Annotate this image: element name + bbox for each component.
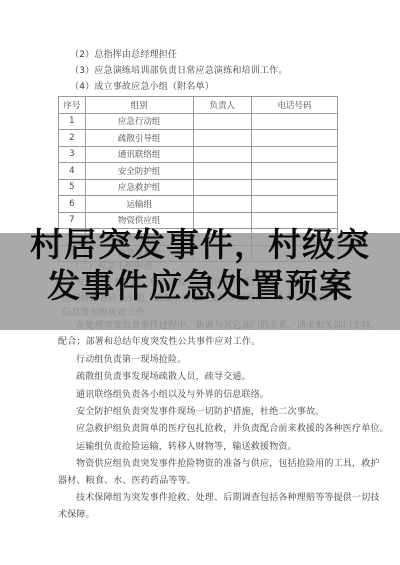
- table-row: 4 安全防护组: [59, 163, 338, 180]
- doc-line: （3）应急演练培训部负责日常应急演练和培训工作。: [70, 66, 288, 77]
- doc-line: （2）总指挥由总经理担任: [70, 50, 177, 61]
- cell-no: 3: [59, 146, 86, 163]
- table-row: 5 应急救护组: [59, 179, 338, 196]
- cell-no: 6: [59, 196, 86, 213]
- doc-line: 通讯联络组负责各小组以及与外界的信息联络。: [76, 390, 269, 401]
- doc-line: 物资供应组负责突发事件抢险物资的准备与供应，包括抢险用的工具，救护: [76, 459, 380, 470]
- cell-group: 应急行动组: [85, 113, 193, 130]
- table-row: 2 疏散引导组: [59, 130, 338, 147]
- cell-group: 应急救护组: [85, 179, 193, 196]
- cell-no: 2: [59, 130, 86, 147]
- cell-phone: [251, 130, 337, 147]
- banner-title: 村居突发事件，村级突 发事件应急处置预案: [0, 224, 400, 306]
- header-leader: 负责人: [193, 97, 251, 114]
- table-row: 1 应急行动组: [59, 113, 338, 130]
- doc-line: 技术保障组为突发事件抢救、处理、后期调查包括各种理赔等等提供一切技: [76, 493, 380, 504]
- table-row: 3 通讯联络组: [59, 146, 338, 163]
- cell-leader: [193, 179, 251, 196]
- cell-phone: [251, 163, 337, 180]
- document-page: （2）总指挥由总经理担任 （3）应急演练培训部负责日常应急演练和培训工作。 （4…: [0, 0, 400, 565]
- cell-no: 1: [59, 113, 86, 130]
- table-header-row: 序号 组别 负责人 电话号码: [59, 97, 338, 114]
- cell-phone: [251, 146, 337, 163]
- cell-group: 通讯联络组: [85, 146, 193, 163]
- cell-leader: [193, 146, 251, 163]
- cell-leader: [193, 113, 251, 130]
- doc-line: 疏散组负责事发现场疏散人员，疏导交通。: [76, 372, 251, 383]
- header-phone: 电话号码: [251, 97, 337, 114]
- cell-group: 运输组: [85, 196, 193, 213]
- cell-phone: [251, 113, 337, 130]
- cell-no: 5: [59, 179, 86, 196]
- header-group: 组别: [85, 97, 193, 114]
- banner-title-line2: 发事件应急处置预案: [0, 265, 400, 306]
- cell-group: 疏散引导组: [85, 130, 193, 147]
- cell-phone: [251, 179, 337, 196]
- doc-line: （4）成立事故应急小组（附名单）: [70, 82, 214, 93]
- doc-line: 配合；部署和总结年度突发性公共事件应对工作。: [58, 337, 260, 348]
- header-no: 序号: [59, 97, 86, 114]
- doc-line: 行动组负责第一现场抢险。: [76, 355, 186, 366]
- cell-no: 4: [59, 163, 86, 180]
- doc-line: 术保障。: [58, 510, 95, 521]
- doc-line: 运输组负责抢险运输，转移人财物等，输送救援物资。: [76, 442, 297, 453]
- cell-leader: [193, 163, 251, 180]
- cell-leader: [193, 196, 251, 213]
- cell-phone: [251, 196, 337, 213]
- cell-leader: [193, 130, 251, 147]
- doc-line: 安全防护组负责突发事件现场一切防护措施，杜绝二次事故。: [76, 407, 324, 418]
- cell-group: 安全防护组: [85, 163, 193, 180]
- doc-line: 应急救护组负责简单的医疗包扎抢救，并负责配合前来救援的各种医疗单位。: [76, 424, 389, 435]
- doc-line: 器材、粮食、水、医药药品等等。: [58, 476, 196, 487]
- table-row: 6 运输组: [59, 196, 338, 213]
- banner-title-line1: 村居突发事件，村级突: [0, 224, 400, 265]
